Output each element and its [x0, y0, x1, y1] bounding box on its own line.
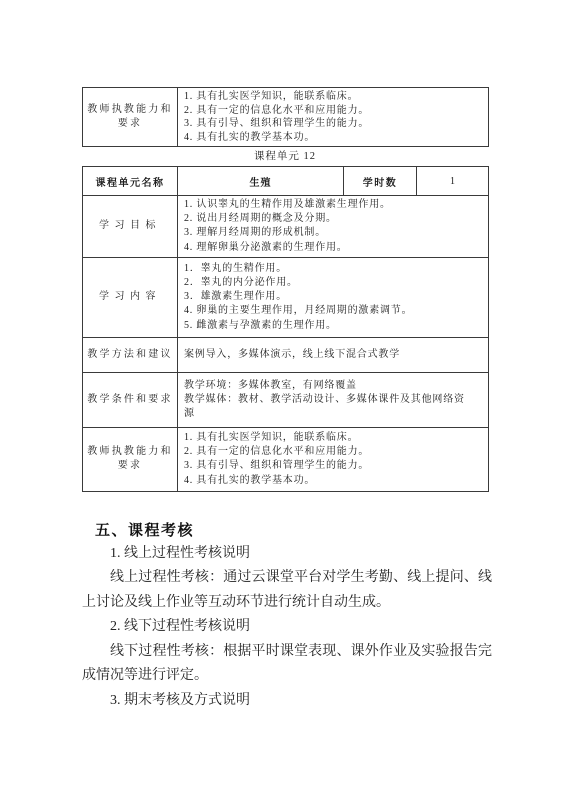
section-heading: 五、课程考核 [95, 520, 492, 542]
row-label: 教学条件和要求 [83, 372, 178, 427]
unit-name-value: 生殖 [178, 167, 344, 196]
assessment-section: 五、课程考核 1. 线上过程性考核说明 线上过程性考核：通过云课堂平台对学生考勤… [82, 520, 492, 714]
assessment-subheading: 3. 期末考核及方式说明 [82, 689, 492, 714]
assessment-subheading: 1. 线上过程性考核说明 [82, 542, 492, 567]
teacher-ability-table: 教师执教能力和 要求 1. 具有扎实医学知识，能联系临床。 2. 具有一定的信息… [82, 87, 489, 147]
unit-name-label: 课程单元名称 [83, 167, 178, 196]
row-content: 1．睾丸的生精作用。 2．睾丸的内分泌作用。 3．雄激素生理作用。 4. 卵巢的… [178, 257, 489, 337]
row-content: 1. 认识睾丸的生精作用及雄激素生理作用。 2. 说出月经周期的概念及分期。 3… [178, 196, 489, 258]
table-row: 教师执教能力和 要求 1. 具有扎实医学知识，能联系临床。 2. 具有一定的信息… [83, 427, 489, 491]
row-label: 教师执教能力和 要求 [83, 427, 178, 491]
document-page: 教师执教能力和 要求 1. 具有扎实医学知识，能联系临床。 2. 具有一定的信息… [0, 0, 566, 800]
row-label: 教师执教能力和 要求 [83, 88, 178, 147]
row-content: 1. 具有扎实医学知识，能联系临床。 2. 具有一定的信息化水平和应用能力。 3… [178, 427, 489, 491]
row-content: 教学环境：多媒体教室，有网络覆盖 教学媒体：教材、教学活动设计、多媒体课件及其他… [178, 372, 489, 427]
table-row: 教学条件和要求 教学环境：多媒体教室，有网络覆盖 教学媒体：教材、教学活动设计、… [83, 372, 489, 427]
row-label: 教学方法和建议 [83, 337, 178, 372]
hours-value: 1 [417, 167, 489, 196]
row-label: 学习目标 [83, 196, 178, 258]
row-label: 学习内容 [83, 257, 178, 337]
table-header-row: 课程单元名称 生殖 学时数 1 [83, 167, 489, 196]
table-row: 教师执教能力和 要求 1. 具有扎实医学知识，能联系临床。 2. 具有一定的信息… [83, 88, 489, 147]
assessment-subheading: 2. 线下过程性考核说明 [82, 615, 492, 640]
table-row: 学习目标 1. 认识睾丸的生精作用及雄激素生理作用。 2. 说出月经周期的概念及… [83, 196, 489, 258]
row-content: 案例导入，多媒体演示，线上线下混合式教学 [178, 337, 489, 372]
hours-label: 学时数 [344, 167, 417, 196]
unit-caption: 课程单元 12 [82, 147, 488, 166]
assessment-paragraph: 线上过程性考核：通过云课堂平台对学生考勤、线上提问、线上讨论及线上作业等互动环节… [82, 566, 492, 615]
assessment-paragraph: 线下过程性考核：根据平时课堂表现、课外作业及实验报告完成情况等进行评定。 [82, 640, 492, 689]
table-row: 教学方法和建议 案例导入，多媒体演示，线上线下混合式教学 [83, 337, 489, 372]
row-content: 1. 具有扎实医学知识，能联系临床。 2. 具有一定的信息化水平和应用能力。 3… [178, 88, 489, 147]
course-unit-table: 课程单元名称 生殖 学时数 1 学习目标 1. 认识睾丸的生精作用及雄激素生理作… [82, 166, 489, 492]
table-row: 学习内容 1．睾丸的生精作用。 2．睾丸的内分泌作用。 3．雄激素生理作用。 4… [83, 257, 489, 337]
